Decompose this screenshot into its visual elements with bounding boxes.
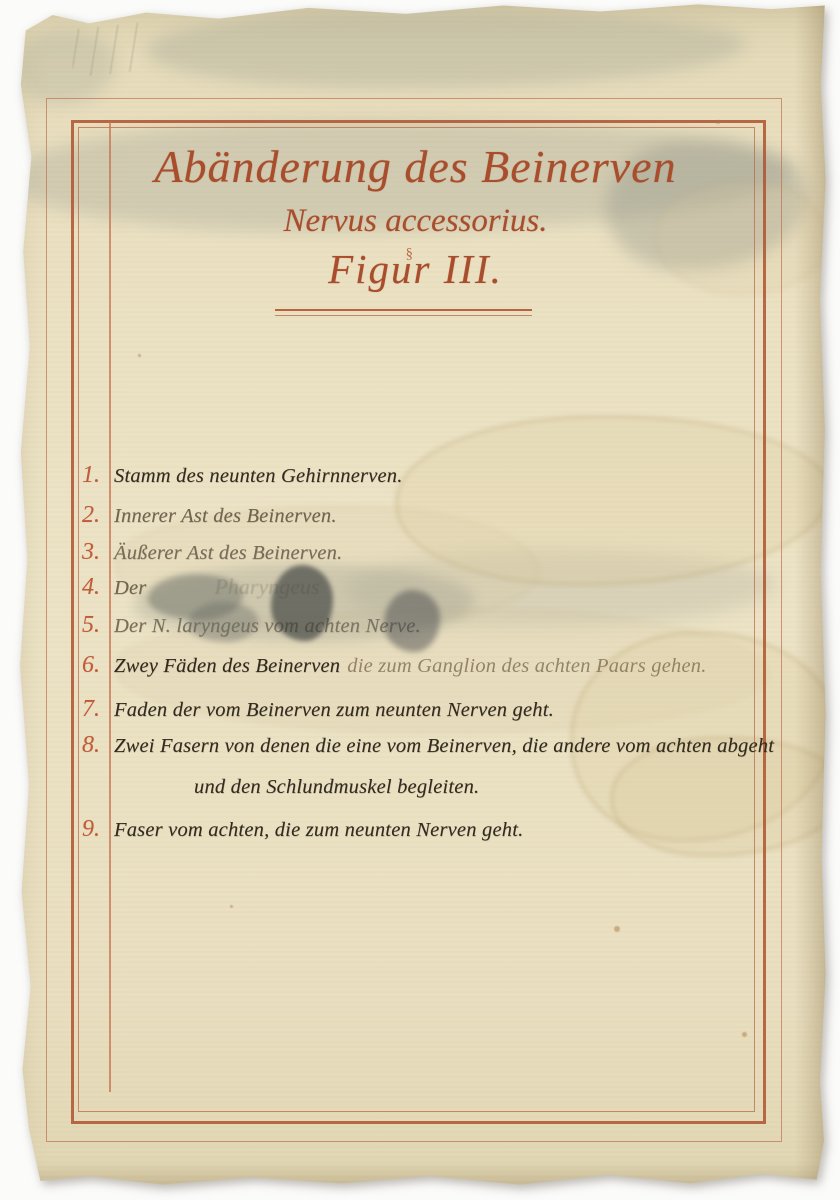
item-number: 5. (82, 612, 114, 639)
foxing-dot (742, 1032, 747, 1037)
paper-edge-shading (794, 2, 828, 1188)
legend-row-4: 4.DerPharyngeus (82, 574, 320, 601)
legend-row-3: 3.Äußerer Ast des Beinerven. (82, 539, 342, 566)
legend-list: 1.Stamm des neunten Gehirnnerven. 2.Inne… (16, 2, 828, 1188)
legend-row-5: 5.Der N. laryngeus vom achten Nerve. (82, 612, 421, 639)
item-number: 2. (82, 502, 114, 529)
legend-row-7: 7.Faden der vom Beinerven zum neunten Ne… (82, 696, 554, 723)
paper-edge-shading (16, 1162, 828, 1188)
item-text-faded: die zum Ganglion des achten Paars gehen. (347, 655, 706, 677)
scanned-manuscript-page: Abänderung des Beinerven Nervus accessor… (0, 0, 840, 1200)
paper-sheet: Abänderung des Beinerven Nervus accessor… (16, 2, 828, 1188)
item-text: Der N. laryngeus vom achten Nerve. (114, 615, 421, 637)
paper-shadow-wrap: Abänderung des Beinerven Nervus accessor… (0, 0, 840, 1200)
item-number: 1. (82, 462, 114, 489)
foxing-dot (230, 905, 233, 908)
item-text: Faser vom achten, die zum neunten Nerven… (114, 819, 523, 841)
item-text: Stamm des neunten Gehirnnerven. (114, 465, 403, 487)
item-text: Äußerer Ast des Beinerven. (114, 542, 342, 564)
foxing-dot (138, 354, 141, 357)
foxing-dot (614, 926, 620, 932)
item-number: 4. (82, 574, 114, 601)
item-text: Faden der vom Beinerven zum neunten Nerv… (114, 699, 554, 721)
legend-row-6: 6.Zwey Fäden des Beinervendie zum Gangli… (82, 652, 707, 679)
item-number: 8. (82, 732, 114, 759)
item-text: Innerer Ast des Beinerven. (114, 505, 337, 527)
foxing-dot (716, 120, 720, 124)
item-text: Zwei Fasern von denen die eine vom Beine… (114, 735, 774, 757)
legend-row-9: 9.Faser vom achten, die zum neunten Nerv… (82, 816, 523, 843)
legend-row-2: 2.Innerer Ast des Beinerven. (82, 502, 337, 529)
legend-row-8: 8.Zwei Fasern von denen die eine vom Bei… (82, 732, 774, 759)
item-number: 7. (82, 696, 114, 723)
item-text-continuation: und den Schlundmuskel begleiten. (194, 776, 479, 798)
item-text-faded: Pharyngeus (214, 574, 319, 599)
item-text: Zwey Fäden des Beinerven (114, 655, 340, 677)
legend-row-8-continuation: und den Schlundmuskel begleiten. (194, 776, 479, 799)
item-number: 6. (82, 652, 114, 679)
item-number: 3. (82, 539, 114, 566)
item-text: Der (114, 577, 146, 599)
item-number: 9. (82, 816, 114, 843)
legend-row-1: 1.Stamm des neunten Gehirnnerven. (82, 462, 403, 489)
